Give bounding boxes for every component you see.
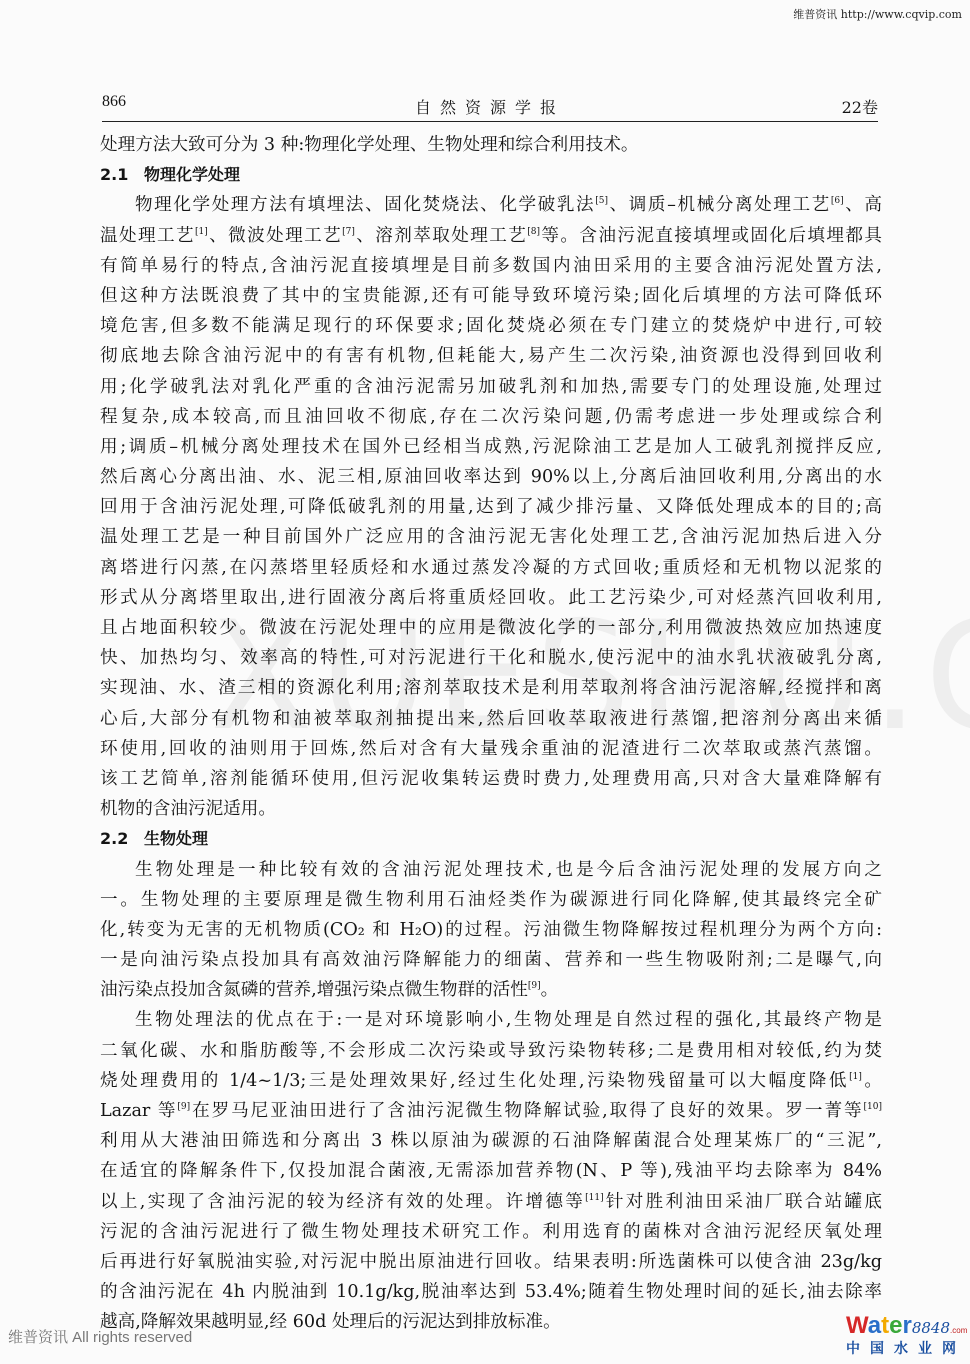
text-line: 但这种方法既浪费了其中的宝贵能源,还有可能导致环境污染;固化后填埋的方法可降低环 (100, 281, 882, 311)
citation-ref: [11] (585, 1193, 603, 1203)
copyright-notice: 维普资讯 All rights reserved (8, 1326, 192, 1347)
text-line: 用;调质–机械分离处理技术在国外已经相当成熟,污泥除油工艺是加人工破乳剂搅拌反应… (100, 432, 882, 462)
text-line: 有简单易行的特点,含油污泥直接填埋是目前多数国内油田采用的主要含油污泥处置方法, (100, 251, 882, 281)
journal-title: 自然资源学报 (102, 95, 878, 118)
running-header: 866 自然资源学报 22卷 (102, 93, 878, 122)
text-line: 离塔进行闪蒸,在闪蒸塔里轻质烃和水通过蒸发冷凝的方式回收;重质烃和无机物以泥浆的 (100, 553, 882, 583)
volume-label: 22卷 (842, 95, 878, 118)
citation-ref: [6] (831, 197, 844, 207)
text-line: 化,转变为无害的无机物质(CO₂ 和 H₂O)的过程。污油微生物降解按过程机理分… (100, 915, 882, 945)
text-line: 用;化学破乳法对乳化严重的含油污泥需另加破乳剂和加热,需要专门的处理设施,处理过 (100, 372, 882, 402)
text-line: Lazar 等[9]在罗马尼亚油田进行了含油污泥微生物降解试验,取得了良好的效果… (100, 1096, 882, 1126)
text-line: 一是向油污染点投加具有高效油污降解能力的细菌、营养和一些生物吸附剂;二是曝气,向 (100, 945, 882, 975)
logo-number: 8848 (912, 1319, 950, 1337)
text-line: 物理化学处理方法有填埋法、固化焚烧法、化学破乳法[5]、调质–机械分离处理工艺[… (100, 190, 882, 220)
text-line: 机物的含油污泥适用。 (100, 794, 882, 824)
text-line: 油污染点投加含氮磷的营养,增强污染点微生物群的活性[9]。 (100, 975, 882, 1005)
citation-ref: [10] (864, 1102, 882, 1112)
citation-ref: [1] (849, 1072, 862, 1082)
text-line: 后再进行好氧脱油实验,对污泥中脱出原油进行回收。结果表明:所选菌株可以使含油 2… (100, 1247, 882, 1277)
text-line: 彻底地去除含油污泥中的有害有机物,但耗能大,易产生二次污染,油资源也没得到回收利 (100, 341, 882, 371)
logo-chinese-name: 中国水业网 (846, 1338, 966, 1358)
text-line: 快、加热均匀、效率高的特性,可对污泥进行干化和脱水,使污泥中的油水乳状液破乳分离… (100, 643, 882, 673)
citation-ref: [9] (528, 981, 541, 991)
text-line: 生物处理是一种比较有效的含油污泥处理技术,也是今后含油污泥处理的发展方向之 (100, 855, 882, 885)
text-line: 越高,降解效果越明显,经 60d 处理后的污泥达到排放标准。 (100, 1307, 882, 1337)
text-line: 实现油、水、渣三相的资源化利用;溶剂萃取技术是利用萃取剂将含油污泥溶解,经搅拌和… (100, 673, 882, 703)
text-line: 形式从分离塔里取出,进行固液分离后将重质烃回收。此工艺污染少,可对烃蒸汽回收利用… (100, 583, 882, 613)
text-line: 然后离心分离出油、水、泥三相,原油回收率达到 90%以上,分离后油回收利用,分离… (100, 462, 882, 492)
section-heading: 2.2生物处理 (100, 824, 882, 854)
text-line: 回用于含油污泥处理,可降低破乳剂的用量,达到了减少排污量、又降低处理成本的目的;… (100, 492, 882, 522)
logo-domain: .com (950, 1326, 967, 1335)
text-line: 心后,大部分有机物和油被萃取剂抽提出来,然后回收萃取液进行蒸馏,把溶剂分离出来循 (100, 704, 882, 734)
text-line: 污泥的含油污泥进行了微生物处理技术研究工作。利用选育的菌株对含油污泥经厌氧处理 (100, 1217, 882, 1247)
section-number: 2.2 (100, 824, 144, 854)
section-title: 物理化学处理 (144, 165, 240, 184)
text-line: 生物处理法的优点在于:一是对环境影响小,生物处理是自然过程的强化,其最终产物是 (100, 1005, 882, 1035)
section-title: 生物处理 (144, 829, 208, 848)
text-line: 温处理工艺[1]、微波处理工艺[7]、溶剂萃取处理工艺[8]等。含油污泥直接填埋… (100, 221, 882, 251)
section-heading: 2.1物理化学处理 (100, 160, 882, 190)
text-line: 一。生物处理的主要原理是微生物利用石油烃类作为碳源进行同化降解,使其最终完全矿 (100, 885, 882, 915)
citation-ref: [7] (342, 227, 355, 237)
text-line: 烧处理费用的 1/4~1/3;三是处理效果好,经过生化处理,污染物残留量可以大幅… (100, 1066, 882, 1096)
citation-ref: [8] (527, 227, 540, 237)
text-line: 以上,实现了含油污泥的较为经济有效的处理。许增德等[11]针对胜利油田采油厂联合… (100, 1187, 882, 1217)
citation-ref: [5] (595, 197, 608, 207)
article-body: 处理方法大致可分为 3 种:物理化学处理、生物处理和综合利用技术。2.1物理化学… (100, 130, 882, 1338)
water8848-logo[interactable]: Water8848.com 中国水业网 (846, 1314, 966, 1358)
citation-ref: [9] (177, 1102, 190, 1112)
logo-word: Water (846, 1312, 912, 1339)
text-line: 境危害,但多数不能满足现行的环保要求;固化焚烧必须在专门建立的焚烧炉中进行,可较 (100, 311, 882, 341)
text-line: 处理方法大致可分为 3 种:物理化学处理、生物处理和综合利用技术。 (100, 130, 882, 160)
text-line: 环使用,回收的油则用于回炼,然后对含有大量残余重油的泥渣进行二次萃取或蒸汽蒸馏。 (100, 734, 882, 764)
text-line: 且占地面积较少。微波在污泥处理中的应用是微波化学的一部分,利用微波热效应加热速度 (100, 613, 882, 643)
text-line: 程复杂,成本较高,而且油回收不彻底,存在二次污染问题,仍需考虑进一步处理或综合利 (100, 402, 882, 432)
text-line: 二氧化碳、水和脂肪酸等,不会形成二次污染或导致污染物转移;二是费用相对较低,约为… (100, 1036, 882, 1066)
source-watermark: 维普资讯 http://www.cqvip.com (793, 6, 962, 22)
text-line: 的含油污泥在 4h 内脱油到 10.1g/kg,脱油率达到 53.4%;随着生物… (100, 1277, 882, 1307)
citation-ref: [1] (195, 227, 208, 237)
text-line: 利用从大港油田筛选和分离出 3 株以原油为碳源的石油降解菌混合处理某炼厂的“三泥… (100, 1126, 882, 1156)
text-line: 温处理工艺是一种目前国外广泛应用的含油污泥无害化处理工艺,含油污泥加热后进入分 (100, 522, 882, 552)
text-line: 在适宜的降解条件下,仅投加混合菌液,无需添加营养物(N、P 等),残油平均去除率… (100, 1156, 882, 1186)
text-line: 该工艺简单,溶剂能循环使用,但污泥收集转运费时费力,处理费用高,只对含大量难降解… (100, 764, 882, 794)
section-number: 2.1 (100, 160, 144, 190)
